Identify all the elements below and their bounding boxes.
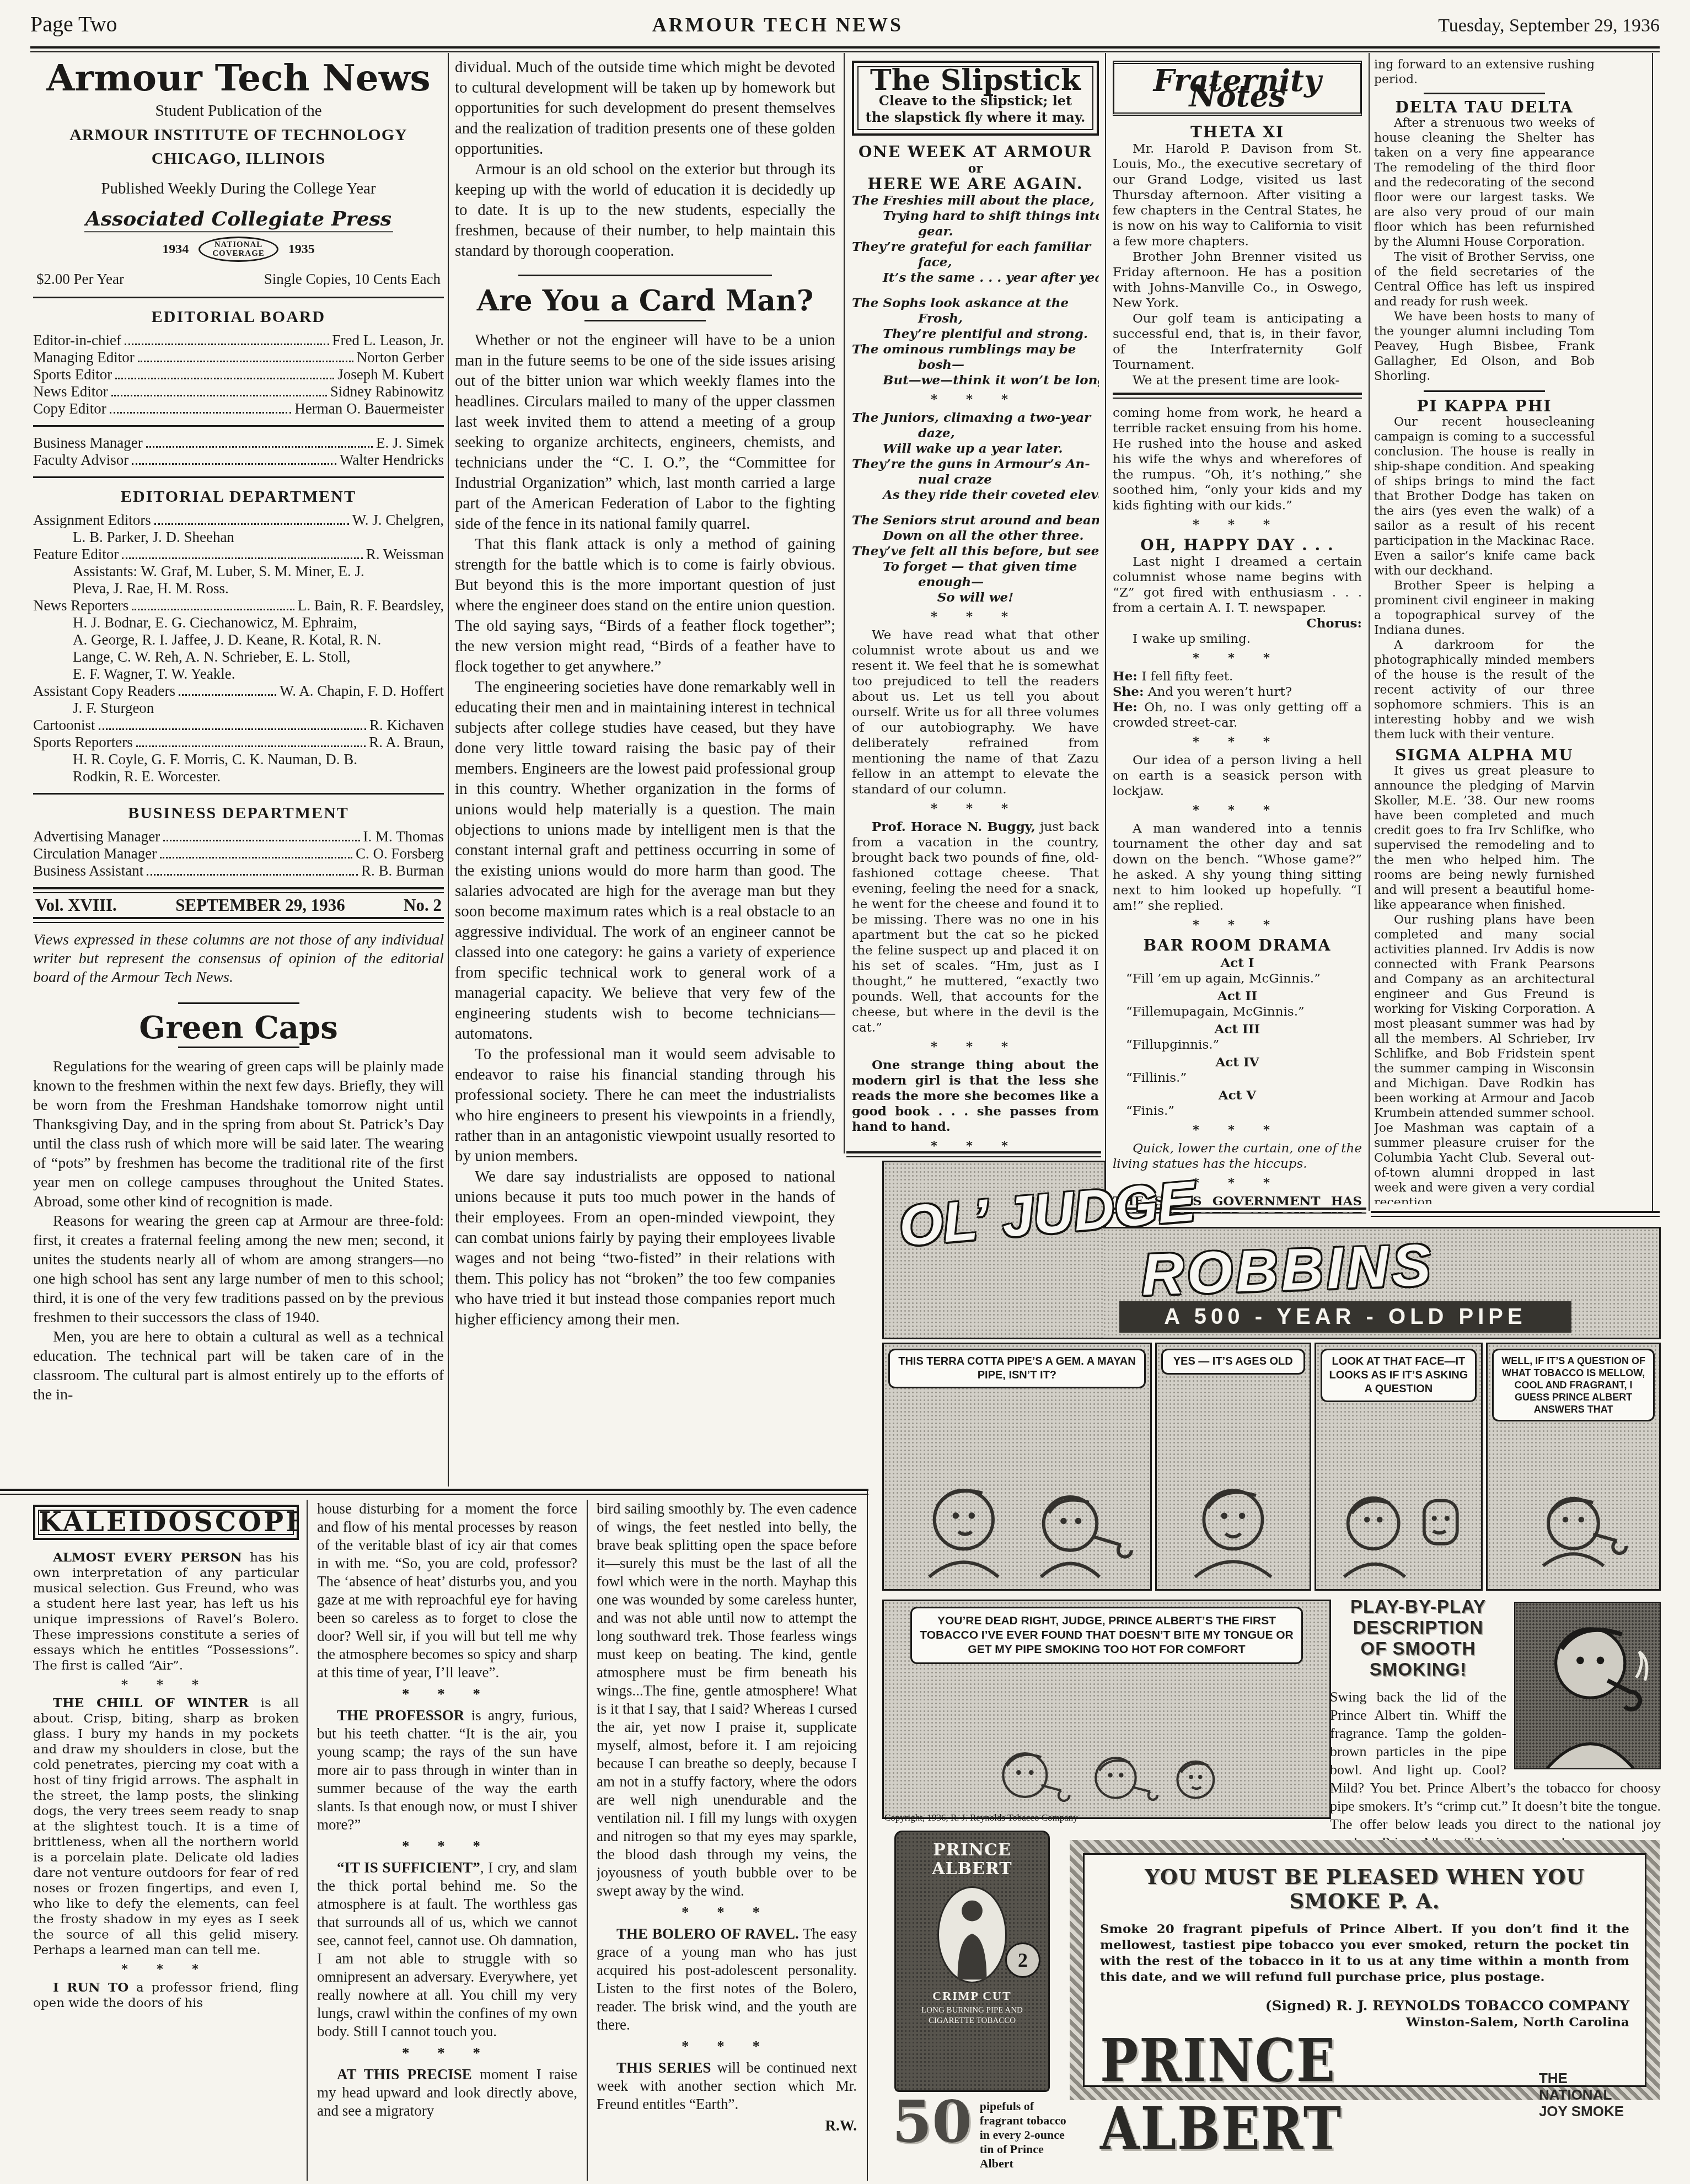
rule <box>1113 393 1362 399</box>
comic-sketch-icon <box>1157 1452 1310 1587</box>
rule <box>178 1047 299 1048</box>
column-rule <box>587 1500 588 2181</box>
green-caps-paragraph: Reasons for wearing the green cap at Arm… <box>33 1211 444 1327</box>
dialog-line: She: And you weren’t hurt? <box>1113 684 1362 700</box>
act-label: Act II <box>1113 989 1362 1004</box>
page-header: Page Two ARMOUR TECH NEWS Tuesday, Septe… <box>30 11 1660 37</box>
staff-row: Copy EditorHerman O. Bauermeister <box>33 400 444 417</box>
stars-separator: * * * <box>1113 1122 1362 1137</box>
editorial-continuation: dividual. Much of the outside time which… <box>455 57 835 159</box>
act-label: Act III <box>1113 1022 1362 1037</box>
speech-bubble: YOU’RE DEAD RIGHT, JUDGE, PRINCE ALBERT’… <box>910 1607 1303 1664</box>
rule <box>584 320 706 321</box>
stars-separator: * * * <box>1113 917 1362 932</box>
page-number: Page Two <box>30 11 117 37</box>
rushing-continuation: ing forward to an extensive rushing peri… <box>1374 57 1595 87</box>
column-rule <box>1105 53 1106 1209</box>
fifty-text: pipefuls of fragrant tobacco in every 2-… <box>980 2094 1069 2171</box>
comic-panel-large: YOU’RE DEAD RIGHT, JUDGE, PRINCE ALBERT’… <box>882 1600 1331 1819</box>
poem-line: They’re grateful for each familiar <box>852 239 1099 255</box>
column-rule <box>844 53 845 1153</box>
poem-line: Down on all the other three. <box>852 528 1099 544</box>
act-label: Act IV <box>1113 1055 1362 1070</box>
stars-separator: * * * <box>1113 517 1362 532</box>
kal-paragraph: bird sailing smoothly by. The even caden… <box>597 1500 857 1900</box>
column-signature: R.W. <box>597 2117 857 2135</box>
column-rule <box>1652 53 1653 1211</box>
prince-albert-tin: PRINCE ALBERT 2 CRIMP CUT LONG BURNING P… <box>894 1831 1050 2092</box>
slipstick-box: The Slipstick Cleave to the slipstick; l… <box>852 61 1099 136</box>
theta-xi-head: THETA XI <box>1113 125 1362 140</box>
kaleidoscope-column-2: house disturbing for a moment the force … <box>317 1500 577 2178</box>
sigma-paragraph: It gives us great pleasure to announce t… <box>1374 764 1595 913</box>
card-man-paragraph: Whether or not the engineer will have to… <box>455 330 835 534</box>
pipe-smoker-sketch-icon <box>1515 1603 1660 1768</box>
green-caps-paragraph: Men, you are here to obtain a cultural a… <box>33 1327 444 1404</box>
fifty-number: 50 <box>892 2094 972 2151</box>
slipstick-head1: ONE WEEK AT ARMOUR <box>852 144 1099 160</box>
editorial-column: dividual. Much of the outside time which… <box>455 57 835 1491</box>
pi-paragraph: A darkroom for the photographically mind… <box>1374 638 1595 742</box>
slipstick-paragraph: Prof. Horace N. Buggy, just back from a … <box>852 819 1099 1035</box>
green-caps-title: Green Caps <box>33 1018 444 1038</box>
comic-panel: WELL, IF IT’S A QUESTION OF WHAT TOBACCO… <box>1486 1343 1661 1591</box>
green-caps-paragraph: Regulations for the wearing of green cap… <box>33 1057 444 1211</box>
staff-cont: E. F. Wagner, T. W. Yeakle. <box>33 666 444 683</box>
card-man-paragraph: We dare say industrialists are opposed t… <box>455 1167 835 1330</box>
poem-line: They’re plentiful and strong. <box>852 326 1099 342</box>
price-single: Single Copies, 10 Cents Each <box>264 270 441 289</box>
rule <box>33 425 444 427</box>
act-label: Act I <box>1113 956 1362 971</box>
stars-separator: * * * <box>852 391 1099 407</box>
stars-separator: * * * <box>33 1677 299 1692</box>
tagline-line1: THE NATIONAL <box>1539 2070 1629 2103</box>
slipstick-paragraph: Mr. Storck, a widower with two children,… <box>852 1157 1099 1157</box>
staff-row: Editor-in-chiefFred L. Leason, Jr. <box>33 332 444 349</box>
slipstick-motto: Cleave to the slipstick; let the slapsti… <box>859 93 1092 126</box>
business-dept-title: BUSINESS DEPARTMENT <box>33 803 444 823</box>
staff-cont: Pleva, J. Rae, H. M. Ross. <box>33 580 444 597</box>
masthead-institute: ARMOUR INSTITUTE OF TECHNOLOGY <box>33 125 444 144</box>
staff-row: News ReportersL. Bain, R. F. Beardsley, <box>33 597 444 614</box>
paper-name: ARMOUR TECH NEWS <box>652 13 903 36</box>
tin-figure-icon <box>939 1888 1005 1982</box>
card-man-title: Are You a Card Man? <box>455 291 835 311</box>
poem-line: enough— <box>852 575 1099 590</box>
staff-cont: H. J. Bodnar, E. G. Ciechanowicz, M. Eph… <box>33 614 444 631</box>
staff-row: CartoonistR. Kichaven <box>33 717 444 734</box>
acp-name: Associated Collegiate Press <box>84 210 393 233</box>
slipstick-head-or: or <box>852 161 1099 176</box>
slipstick-motto-line2: the slapstick fly where it may. <box>859 109 1092 126</box>
act-line: “Fill ’em up again, McGinnis.” <box>1113 971 1362 986</box>
staff-row: Assistant Copy ReadersW. A. Chapin, F. D… <box>33 683 444 700</box>
stars-separator: * * * <box>852 1138 1099 1153</box>
delta-paragraph: We have been hosts to many of the younge… <box>1374 309 1595 384</box>
prince-albert-logo-row: PRINCE ALBERT THE NATIONAL JOY SMOKE <box>1100 2035 1629 2154</box>
theta-paragraph: We at the present time are look- <box>1113 373 1362 388</box>
poem-line: It’s the same . . . year after year. <box>852 270 1099 286</box>
rule <box>33 887 444 893</box>
stars-separator: * * * <box>597 2037 857 2056</box>
dialog-line: He: I fell fifty feet. <box>1113 669 1362 684</box>
views-disclaimer: Views expressed in these columns are not… <box>33 931 444 987</box>
column-rule <box>307 1500 308 2181</box>
stars-separator: * * * <box>1113 734 1362 749</box>
tennis-paragraph: A man wandered into a tennis tournament … <box>1113 821 1362 914</box>
paragraph-lead: Prof. Horace N. Buggy, <box>872 819 1036 834</box>
pi-paragraph: Our recent housecleaning campaign is com… <box>1374 415 1595 578</box>
drama-head: BAR ROOM DRAMA <box>1113 938 1362 953</box>
poem-line: daze, <box>852 426 1099 441</box>
poem-line: gear. <box>852 224 1099 239</box>
comic-panel: THIS TERRA COTTA PIPE’S A GEM. A MAYAN P… <box>882 1343 1152 1591</box>
staff-row: Sports EditorJoseph M. Kubert <box>33 366 444 383</box>
ad-copyright: Copyright, 1936, R. J. Reynolds Tobacco … <box>884 1812 1078 1823</box>
pleased-heading: YOU MUST BE PLEASED WHEN YOU SMOKE P. A. <box>1100 1865 1629 1913</box>
stars-separator: * * * <box>852 801 1099 816</box>
staff-row: Assignment EditorsW. J. Chelgren, <box>33 512 444 529</box>
fraternity-title: Fraternity Notes <box>1119 73 1356 104</box>
staff-row: Advertising ManagerI. M. Thomas <box>33 828 444 845</box>
tin-portrait-oval <box>937 1886 1007 1983</box>
column-rule <box>867 1489 868 2181</box>
editorial-paragraph: Armour is an old school on the exterior … <box>455 159 835 261</box>
card-man-paragraph: To the professional man it would seem ad… <box>455 1044 835 1167</box>
act-line: “Fillemupagain, McGinnis.” <box>1113 1004 1362 1019</box>
stars-separator: * * * <box>1113 802 1362 818</box>
joy-smoke-tagline: THE NATIONAL JOY SMOKE <box>1539 2070 1629 2119</box>
poem-line: face, <box>852 255 1099 270</box>
staff-cont: Assistants: W. Graf, M. Luber, S. M. Min… <box>33 563 444 580</box>
poem-line: To forget — that given time <box>852 559 1099 575</box>
poem-line: The Sophs look askance at the <box>852 296 1099 311</box>
slipstick-poem: The Freshies mill about the place, Tryin… <box>852 193 1099 605</box>
kal-paragraph: THE PROFESSOR is angry, furious, but his… <box>317 1707 577 1834</box>
tagline-line2: JOY SMOKE <box>1539 2103 1629 2119</box>
poem-line: They’re the guns in Armour’s An- <box>852 457 1099 472</box>
masthead-title: Armour Tech News <box>33 57 444 98</box>
staff-row: Faculty AdvisorWalter Hendricks <box>33 452 444 469</box>
volume: Vol. XVIII. <box>35 895 117 915</box>
prince-albert-ad: OL’ JUDGE ROBBINS A 500 - YEAR - OLD PIP… <box>882 1161 1661 2184</box>
prince-albert-logo: PRINCE ALBERT <box>1100 2026 1526 2163</box>
act-line: “Finis.” <box>1113 1103 1362 1119</box>
poem-line: They’ve felt all this before, but seem <box>852 544 1099 559</box>
masthead-city: CHICAGO, ILLINOIS <box>33 149 444 168</box>
staff-cont: L. B. Parker, J. D. Sheehan <box>33 529 444 546</box>
pleased-paragraph: Smoke 20 fragrant pipefuls of Prince Alb… <box>1100 1921 1629 1985</box>
slipstick-column: The Slipstick Cleave to the slipstick; l… <box>852 57 1099 1157</box>
theta-paragraph: Mr. Harold P. Davison from St. Louis, Mo… <box>1113 141 1362 249</box>
acp-badge-line2: COVERAGE <box>212 249 265 258</box>
staff-row: Business ManagerE. J. Simek <box>33 434 444 452</box>
pleased-guarantee-box: YOU MUST BE PLEASED WHEN YOU SMOKE P. A.… <box>1070 1840 1660 2100</box>
act-label: Act V <box>1113 1088 1362 1103</box>
speech-bubble: YES — IT’S AGES OLD <box>1161 1349 1305 1375</box>
staff-row: News EditorSidney Rabinowitz <box>33 383 444 400</box>
poem-line: nual craze <box>852 472 1099 487</box>
chorus-line: I wake up smiling. <box>1113 631 1362 647</box>
pi-paragraph: Brother Speer is helping a prominent civ… <box>1374 578 1595 638</box>
rule <box>1424 390 1545 392</box>
poem-line: As they ride their coveted elevator. <box>852 487 1099 503</box>
pi-kappa-phi-head: PI KAPPA PHI <box>1374 399 1595 414</box>
editorial-dept-title: EDITORIAL DEPARTMENT <box>33 487 444 506</box>
acp-emblem: Associated Collegiate Press 1934 NATIONA… <box>84 210 393 262</box>
idea-paragraph: Our idea of a person living a hell on ea… <box>1113 753 1362 799</box>
theta-paragraph: Brother John Brenner visited us Friday a… <box>1113 249 1362 311</box>
rule <box>518 275 772 276</box>
chorus-label: Chorus: <box>1113 616 1362 631</box>
kal-paragraph: ALMOST EVERY PERSON has his own interpre… <box>33 1550 299 1673</box>
pleased-inner: YOU MUST BE PLEASED WHEN YOU SMOKE P. A.… <box>1083 1853 1646 2087</box>
card-man-paragraph: That this flank attack is only a method … <box>455 534 835 677</box>
kal-paragraph: THE BOLERO OF RAVEL. The easy grace of a… <box>597 1925 857 2034</box>
column-rule <box>1369 53 1370 1211</box>
ad-title-right: ROBBINS <box>1140 1232 1435 1308</box>
rule <box>33 476 444 478</box>
acp-badge-line1: NATIONAL <box>214 240 263 249</box>
pipe-smoker-image <box>1514 1602 1661 1769</box>
masthead-column: Armour Tech News Student Publication of … <box>33 57 444 1485</box>
act-line: “Fillupginnis.” <box>1113 1037 1362 1053</box>
delta-paragraph: After a strenuous two weeks of house cle… <box>1374 116 1595 250</box>
comic-sketch-icon <box>1488 1452 1659 1587</box>
stars-separator: * * * <box>317 2044 577 2062</box>
poem-line: The ominous rumblings may be <box>852 342 1099 357</box>
ad-subtitle: A 500 - YEAR - OLD PIPE <box>1119 1301 1571 1333</box>
staff-cont: Lange, C. W. Reh, A. N. Schrieber, E. L.… <box>33 648 444 666</box>
comic-sketch-icon <box>1316 1452 1482 1587</box>
pleased-signature: (Signed) R. J. REYNOLDS TOBACCO COMPANY <box>1100 1998 1629 2014</box>
staff-row: Business AssistantR. B. Burman <box>33 862 444 879</box>
kal-paragraph: “IT IS SUFFICIENT”, I cry, and slam the … <box>317 1859 577 2041</box>
rule <box>33 297 444 298</box>
issue-date: Tuesday, September 29, 1936 <box>1438 15 1660 36</box>
volume-date: SEPTEMBER 29, 1936 <box>175 895 345 915</box>
issue-number: No. 2 <box>404 895 442 915</box>
kal-paragraph: AT THIS PRECISE moment I raise my head u… <box>317 2065 577 2120</box>
fraternity-column: Fraternity Notes THETA XI Mr. Harold P. … <box>1113 57 1362 1212</box>
acp-badge: NATIONAL COVERAGE <box>198 237 278 262</box>
kal-paragraph: house disturbing for a moment the force … <box>317 1500 577 1682</box>
comic-sketch-icon <box>884 1452 1150 1587</box>
poem-line: The Seniors strut around and beam <box>852 513 1099 528</box>
speech-bubble: THIS TERRA COTTA PIPE’S A GEM. A MAYAN P… <box>888 1349 1146 1388</box>
staff-row: Feature EditorR. Weissman <box>33 546 444 563</box>
staff-cont: H. R. Coyle, G. F. Morris, C. K. Nauman,… <box>33 751 444 768</box>
comic-panel: YES — IT’S AGES OLD <box>1155 1343 1311 1591</box>
happy-day-paragraph: Last night I dreamed a certain columnist… <box>1113 554 1362 616</box>
masthead-sub1: Student Publication of the <box>33 101 444 121</box>
acp-year-right: 1935 <box>288 240 315 259</box>
dialog-line: He: Oh, no. I was only getting off a cro… <box>1113 700 1362 731</box>
fraternity-box: Fraternity Notes <box>1113 61 1362 116</box>
stars-separator: * * * <box>852 609 1099 624</box>
slipstick-motto-line1: Cleave to the slipstick; let <box>859 93 1092 109</box>
slipstick-paragraph-bold: One strange thing about the modern girl … <box>852 1058 1099 1135</box>
staff-cont: Rodkin, R. E. Worcester. <box>33 768 444 785</box>
header-rule <box>30 46 1660 52</box>
speech-bubble: LOOK AT THAT FACE—IT LOOKS AS IF IT’S AS… <box>1321 1349 1477 1402</box>
act-line: “Fillinis.” <box>1113 1070 1362 1086</box>
poem-line: The Juniors, climaxing a two-year <box>852 410 1099 426</box>
kaleidoscope-column-3: bird sailing smoothly by. The even caden… <box>597 1500 857 2181</box>
paragraph-rest: just back from a vacation in the country… <box>852 820 1099 1035</box>
tin-description: LONG BURNING PIPE AND CIGARETTE TOBACCO <box>896 2003 1048 2026</box>
comic-sketch-icon <box>884 1725 1329 1816</box>
editorial-board-title: EDITORIAL BOARD <box>33 307 444 326</box>
poem-line: So will we! <box>852 590 1099 605</box>
staff-row: Sports ReportersR. A. Braun, <box>33 734 444 751</box>
stars-separator: * * * <box>317 1837 577 1855</box>
stars-separator: * * * <box>317 1685 577 1703</box>
delta-paragraph: The visit of Brother Serviss, one of the… <box>1374 250 1595 309</box>
stars-separator: * * * <box>1113 650 1362 666</box>
speech-bubble: WELL, IF IT’S A QUESTION OF WHAT TOBACCO… <box>1492 1349 1655 1421</box>
newspaper-page: Page Two ARMOUR TECH NEWS Tuesday, Septe… <box>0 0 1690 2184</box>
fraternity-column-2: ing forward to an extensive rushing peri… <box>1374 57 1595 1204</box>
staff-row: Managing EditorNorton Gerber <box>33 349 444 366</box>
storck-continuation: coming home from work, he heard a terrib… <box>1113 405 1362 513</box>
kaleidoscope-column-1: KALEIDOSCOPE ALMOST EVERY PERSON has his… <box>33 1502 299 2175</box>
kaleidoscope-title: KALEIDOSCOPE <box>39 1515 293 1530</box>
rule <box>33 793 444 795</box>
staff-cont: A. George, R. I. Jaffee, J. D. Keane, R.… <box>33 631 444 648</box>
ad-play-by-play: PLAY-BY-PLAY DESCRIPTION OF SMOOTH SMOKI… <box>1330 1596 1661 1817</box>
rule <box>1424 93 1545 94</box>
stars-separator: * * * <box>852 1039 1099 1054</box>
rule <box>33 917 444 923</box>
poem-line: Trying hard to shift things into <box>852 208 1099 224</box>
column-rule <box>448 53 449 1487</box>
card-man-paragraph: The engineering societies have done rema… <box>455 677 835 1044</box>
price-per-year: $2.00 Per Year <box>36 270 124 289</box>
slipstick-head2: HERE WE ARE AGAIN. <box>852 176 1099 192</box>
stars-separator: * * * <box>33 1961 299 1977</box>
poem-line: Frosh, <box>852 311 1099 326</box>
tin-brand: PRINCE ALBERT <box>896 1841 1048 1879</box>
happy-day-head: OH, HAPPY DAY . . . <box>1113 538 1362 553</box>
tin-price-badge: 2 <box>1005 1942 1040 1978</box>
acp-year-left: 1934 <box>162 240 189 259</box>
kal-paragraph: THIS SERIES will be continued next week … <box>597 2059 857 2113</box>
slipstick-paragraph: We have read what that other columnist w… <box>852 627 1099 797</box>
delta-tau-delta-head: DELTA TAU DELTA <box>1374 100 1595 115</box>
acp-badge-row: 1934 NATIONAL COVERAGE 1935 <box>84 237 393 262</box>
poem-line: But—we—think it won’t be long. <box>852 373 1099 388</box>
rule <box>178 1002 299 1004</box>
comic-panel: LOOK AT THAT FACE—IT LOOKS AS IF IT’S AS… <box>1315 1343 1483 1591</box>
masthead-weekly: Published Weekly During the College Year <box>33 179 444 198</box>
sigma-alpha-mu-head: SIGMA ALPHA MU <box>1374 748 1595 763</box>
poem-line: The Freshies mill about the place, <box>852 193 1099 208</box>
staff-cont: J. F. Sturgeon <box>33 700 444 717</box>
slipstick-title: The Slipstick <box>859 73 1092 88</box>
theta-paragraph: Our golf team is anticipating a successf… <box>1113 311 1362 373</box>
poem-line: Will wake up a year later. <box>852 441 1099 457</box>
tin-crimp-cut: CRIMP CUT <box>896 1989 1048 2003</box>
kal-paragraph: I RUN TO a professor friend, fling open … <box>33 1980 299 2011</box>
kaleidoscope-box: KALEIDOSCOPE <box>33 1505 299 1540</box>
price-row: $2.00 Per Year Single Copies, 10 Cents E… <box>36 270 441 289</box>
volume-row: Vol. XVIII. SEPTEMBER 29, 1936 No. 2 <box>33 893 444 917</box>
comic-panel-row: THIS TERRA COTTA PIPE’S A GEM. A MAYAN P… <box>882 1343 1661 1591</box>
kal-paragraph: THE CHILL OF WINTER is all about. Crisp,… <box>33 1695 299 1958</box>
stars-separator: * * * <box>597 1903 857 1922</box>
staff-row: Circulation ManagerC. O. Forsberg <box>33 845 444 862</box>
poem-line: bosh— <box>852 357 1099 373</box>
fifty-pipefuls: 50 pipefuls of fragrant tobacco in every… <box>892 2094 1069 2171</box>
